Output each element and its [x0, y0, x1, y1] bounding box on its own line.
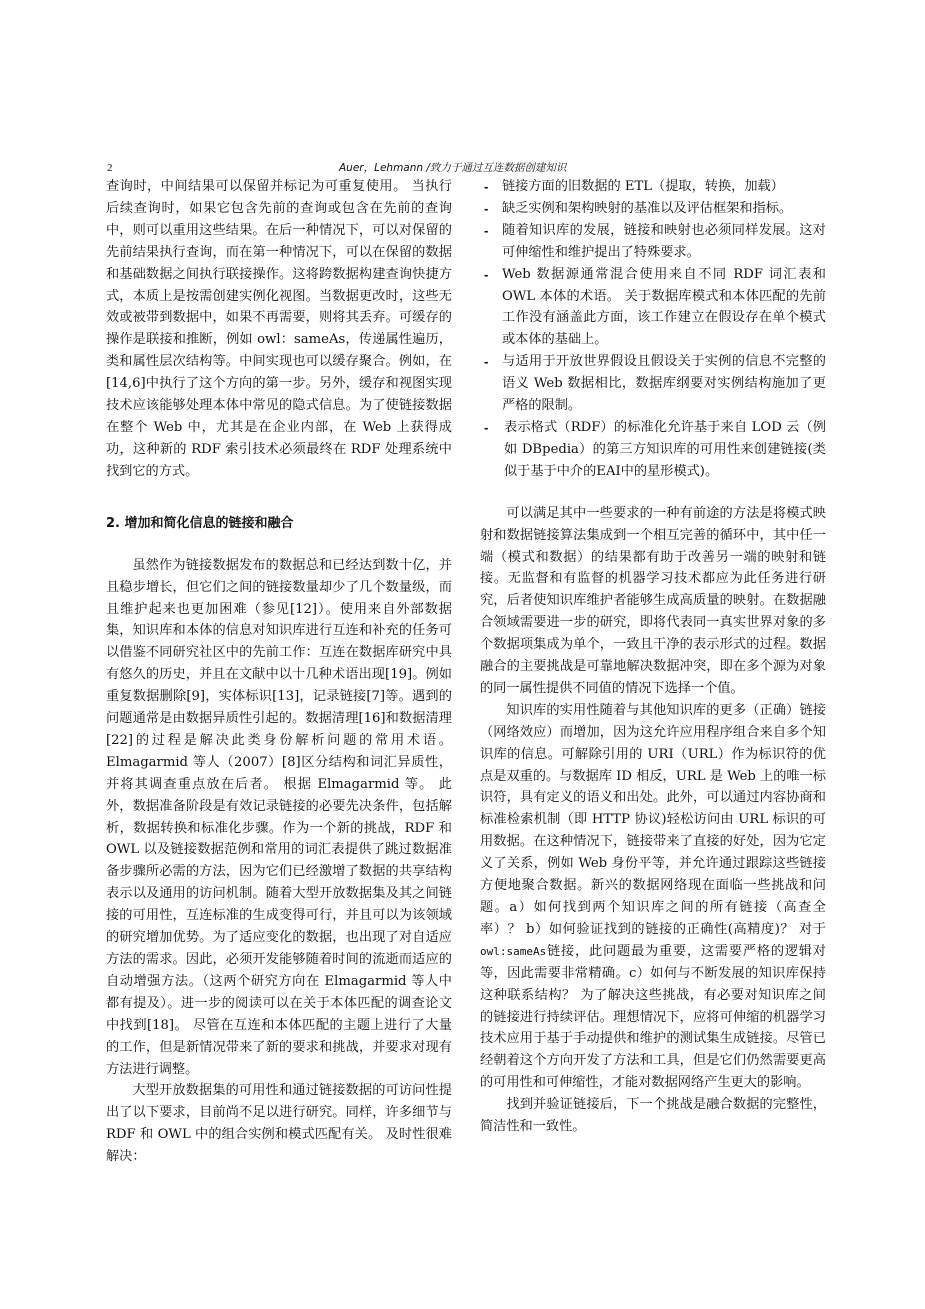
right-paragraph-knowledge-base: 知识库的实用性随着与其他知识库的更多（正确）链接（网络效应）而增加，因为这允许应…: [480, 700, 826, 1094]
dash-bullet-icon: -: [484, 351, 488, 373]
list-item-text: 表示格式（RDF）的标准化允许基于来自 LOD 云（例如 DBpedia）的第三…: [504, 420, 826, 479]
list-item: -随着知识库的发展，链接和映射也必须同样发展。这对可伸缩性和维护提出了特殊要求。: [480, 220, 826, 264]
spacer: [480, 483, 826, 503]
list-item: -缺乏实例和架构映射的基准以及评估框架和指标。: [480, 198, 826, 220]
dash-bullet-icon: -: [484, 220, 488, 242]
right-paragraph-next-challenge: 找到并验证链接后，下一个挑战是融合数据的完整性，简洁性和一致性。: [480, 1094, 826, 1138]
page-number: 2: [107, 160, 113, 176]
list-item-text: 与适用于开放世界假设且假设关于实例的信息不完整的语义 Web 数据相比，数据库纲…: [502, 354, 826, 413]
list-item: -Web 数据源通常混合使用来自不同 RDF 词汇表和 OWL 本体的术语。 关…: [480, 264, 826, 352]
list-item: -表示格式（RDF）的标准化允许基于来自 LOD 云（例如 DBpedia）的第…: [480, 417, 826, 483]
list-item: -与适用于开放世界假设且假设关于实例的信息不完整的语义 Web 数据相比，数据库…: [480, 351, 826, 417]
dash-bullet-icon: -: [484, 198, 488, 220]
list-item-text: 缺乏实例和架构映射的基准以及评估框架和指标。: [502, 201, 792, 216]
list-item-text: Web 数据源通常混合使用来自不同 RDF 词汇表和 OWL 本体的术语。 关于…: [502, 267, 826, 348]
left-paragraph-requirements: 大型开放数据集的可用性和通过链接数据的可访问性提出了以下要求，目前尚不足以进行研…: [106, 1080, 452, 1168]
list-item-text: 链接方面的旧数据的 ETL（提取，转换，加载）: [502, 179, 784, 194]
paragraph-text: 知识库的实用性随着与其他知识库的更多（正确）链接（网络效应）而增加，因为这允许应…: [480, 703, 826, 937]
running-title: Auer，Lehmann /致力于通过互连数据创建知识: [339, 160, 566, 176]
dash-bullet-icon: -: [484, 417, 488, 439]
left-paragraph-linking: 虽然作为链接数据发布的数据总和已经达到数十亿，并且稳步增长，但它们之间的链接数量…: [106, 555, 452, 1081]
left-column: 查询时，中间结果可以保留并标记为可重复使用。 当执行后续查询时，如果它包含先前的…: [106, 176, 452, 1168]
running-header: 2 Auer，Lehmann /致力于通过互连数据创建知识: [107, 160, 827, 176]
paragraph-text: 链接，此问题最为重要，这需要严格的逻辑对等，因此需要非常精确。c）如何与不断发展…: [480, 944, 826, 1090]
list-item-text: 随着知识库的发展，链接和映射也必须同样发展。这对可伸缩性和维护提出了特殊要求。: [502, 223, 826, 260]
left-paragraph-continuation: 查询时，中间结果可以保留并标记为可重复使用。 当执行后续查询时，如果它包含先前的…: [106, 176, 452, 483]
right-paragraph-fusion: 可以满足其中一些要求的一种有前途的方法是将模式映射和数据链接算法集成到一个相互完…: [480, 503, 826, 700]
dash-bullet-icon: -: [484, 176, 488, 198]
dash-bullet-icon: -: [484, 264, 488, 286]
section-heading: 2. 增加和简化信息的链接和融合: [106, 513, 452, 535]
list-item: -链接方面的旧数据的 ETL（提取，转换，加载）: [480, 176, 826, 198]
inline-code: owl:sameAs: [480, 945, 546, 958]
requirements-list: -链接方面的旧数据的 ETL（提取，转换，加载） -缺乏实例和架构映射的基准以及…: [480, 176, 826, 483]
right-column: -链接方面的旧数据的 ETL（提取，转换，加载） -缺乏实例和架构映射的基准以及…: [480, 176, 826, 1138]
